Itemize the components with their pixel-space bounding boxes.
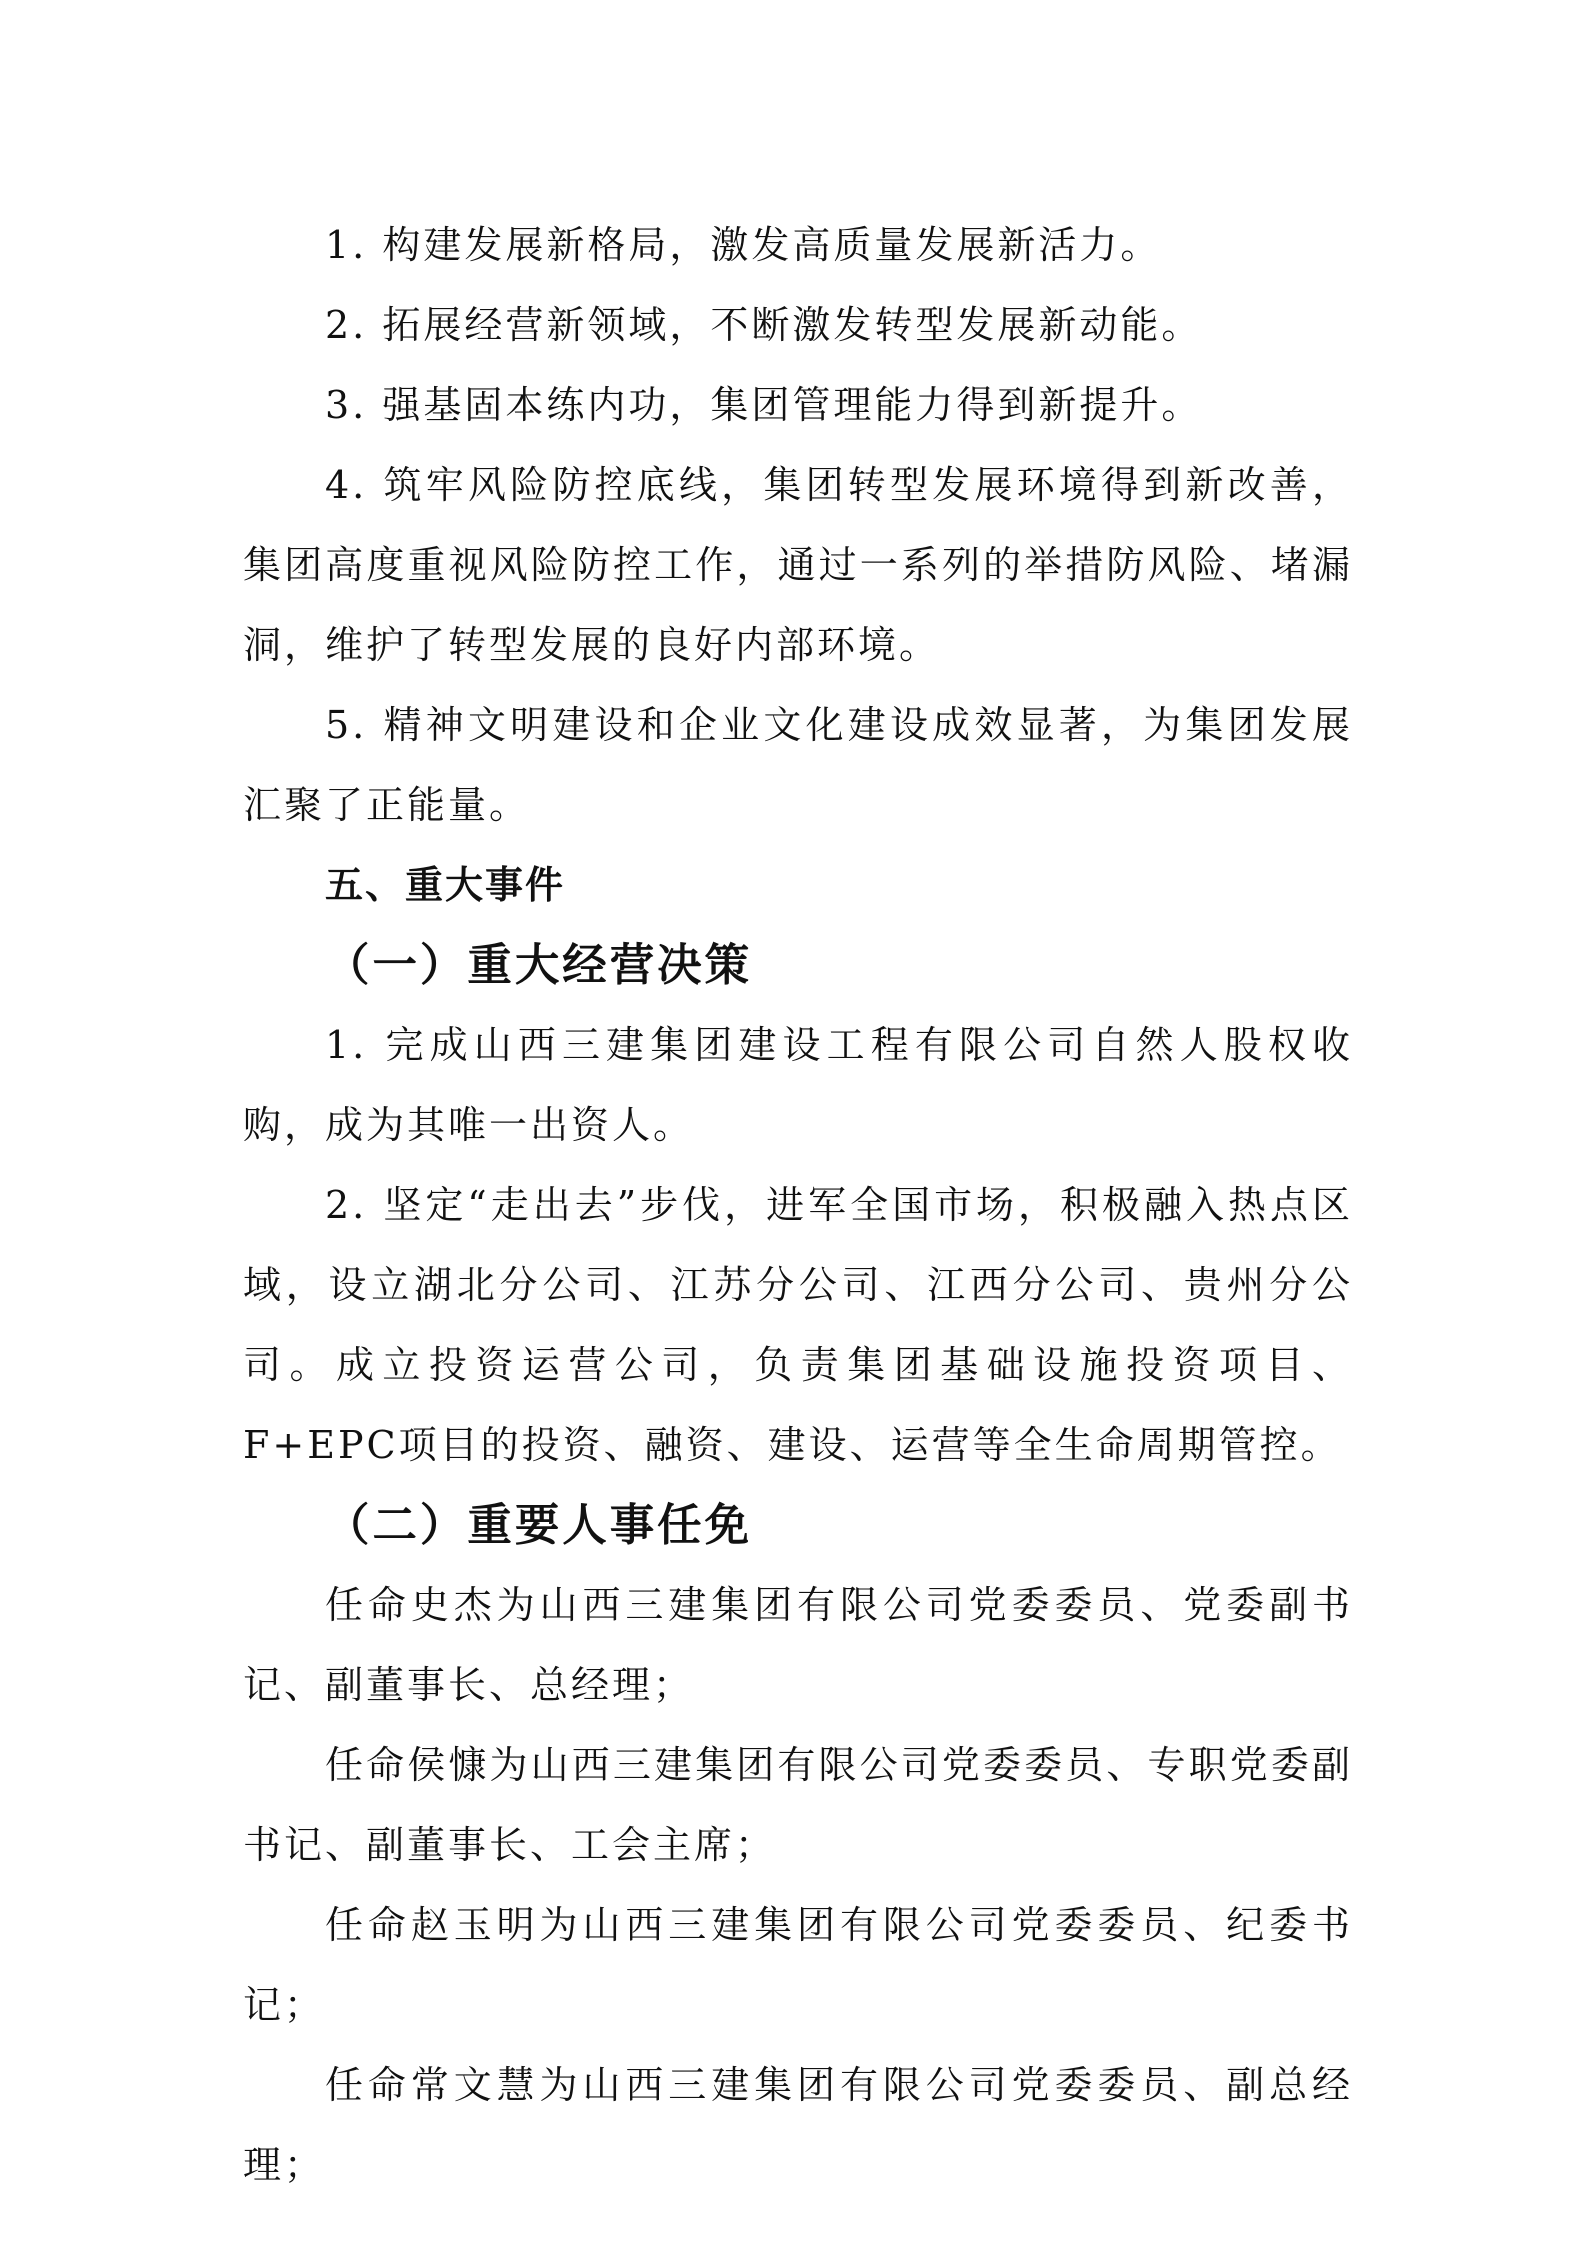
appointment-paragraph-3: 任命赵玉明为山西三建集团有限公司党委委员、纪委书记； xyxy=(243,1885,1353,2045)
paragraph-item-3: 3. 强基固本练内功，集团管理能力得到新提升。 xyxy=(243,365,1353,445)
paragraph-item-5: 5. 精神文明建设和企业文化建设成效显著，为集团发展汇聚了正能量。 xyxy=(243,685,1353,845)
section-heading-major-events: 五、重大事件 xyxy=(243,845,1353,925)
paragraph-item-4: 4. 筑牢风险防控底线，集团转型发展环境得到新改善，集团高度重视风险防控工作，通… xyxy=(243,445,1353,685)
decision-paragraph-1: 1. 完成山西三建集团建设工程有限公司自然人股权收购，成为其唯一出资人。 xyxy=(243,1005,1353,1165)
subsection-heading-personnel-appointments: （二）重要人事任免 xyxy=(243,1485,1353,1565)
appointment-paragraph-2: 任命侯慷为山西三建集团有限公司党委委员、专职党委副书记、副董事长、工会主席； xyxy=(243,1725,1353,1885)
appointment-paragraph-4: 任命常文慧为山西三建集团有限公司党委委员、副总经理； xyxy=(243,2045,1353,2205)
paragraph-item-1: 1. 构建发展新格局，激发高质量发展新活力。 xyxy=(243,205,1353,285)
document-page: 1. 构建发展新格局，激发高质量发展新活力。 2. 拓展经营新领域，不断激发转型… xyxy=(243,205,1353,2205)
subsection-heading-business-decisions: （一）重大经营决策 xyxy=(243,925,1353,1005)
paragraph-item-2: 2. 拓展经营新领域，不断激发转型发展新动能。 xyxy=(243,285,1353,365)
decision-paragraph-2: 2. 坚定“走出去”步伐，进军全国市场，积极融入热点区域，设立湖北分公司、江苏分… xyxy=(243,1165,1353,1485)
appointment-paragraph-1: 任命史杰为山西三建集团有限公司党委委员、党委副书记、副董事长、总经理； xyxy=(243,1565,1353,1725)
